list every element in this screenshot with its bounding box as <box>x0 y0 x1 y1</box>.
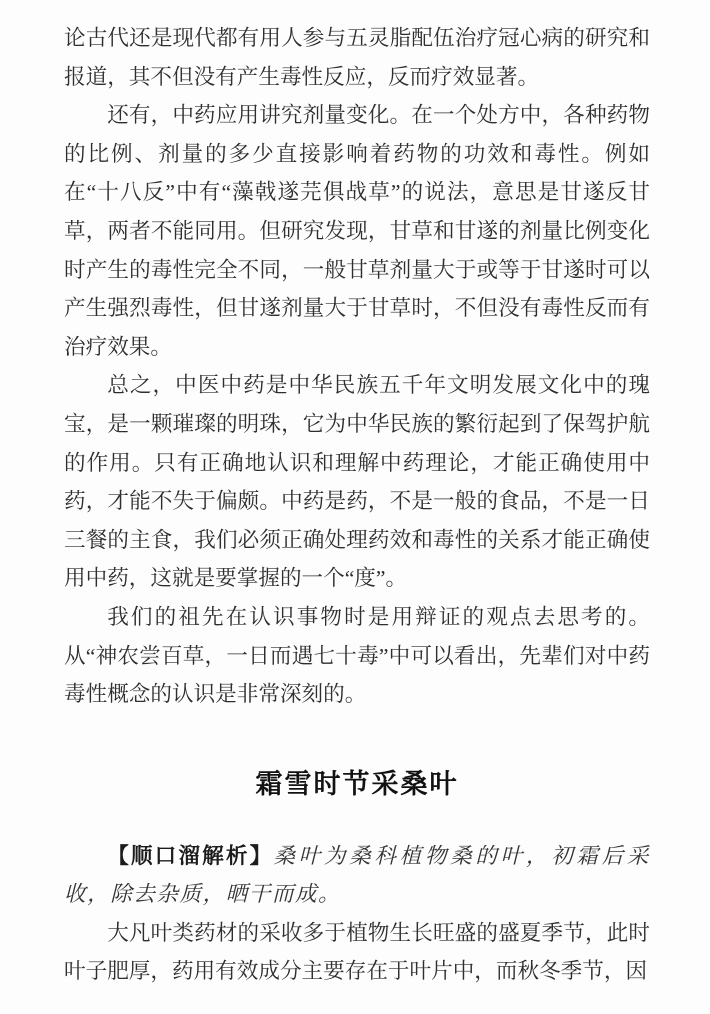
section-heading: 霜雪时节采桑叶 <box>64 764 650 804</box>
jingle-label: 【顺口溜解析】 <box>107 843 273 868</box>
body-paragraph: 我们的祖先在认识事物时是用辩证的观点去思考的。从“神农尝百草，一日而遇七十毒”中… <box>64 598 650 714</box>
jingle-paragraph: 【顺口溜解析】桑叶为桑科植物桑的叶，初霜后采收，除去杂质，晒干而成。 <box>64 837 650 914</box>
body-paragraph: 总之，中医中药是中华民族五千年文明发展文化中的瑰宝，是一颗璀璨的明珠，它为中华民… <box>64 366 650 598</box>
body-paragraph: 还有，中药应用讲究剂量变化。在一个处方中，各种药物的比例、剂量的多少直接影响着药… <box>64 96 650 366</box>
body-paragraph: 大凡叶类药材的采收多于植物生长旺盛的盛夏季节，此时叶子肥厚，药用有效成分主要存在… <box>64 914 650 991</box>
article-body: 论古代还是现代都有用人参与五灵脂配伍治疗冠心病的研究和报道，其不但没有产生毒性反… <box>64 19 650 991</box>
body-paragraph: 论古代还是现代都有用人参与五灵脂配伍治疗冠心病的研究和报道，其不但没有产生毒性反… <box>64 19 650 96</box>
book-page: 论古代还是现代都有用人参与五灵脂配伍治疗冠心病的研究和报道，其不但没有产生毒性反… <box>0 0 710 1014</box>
